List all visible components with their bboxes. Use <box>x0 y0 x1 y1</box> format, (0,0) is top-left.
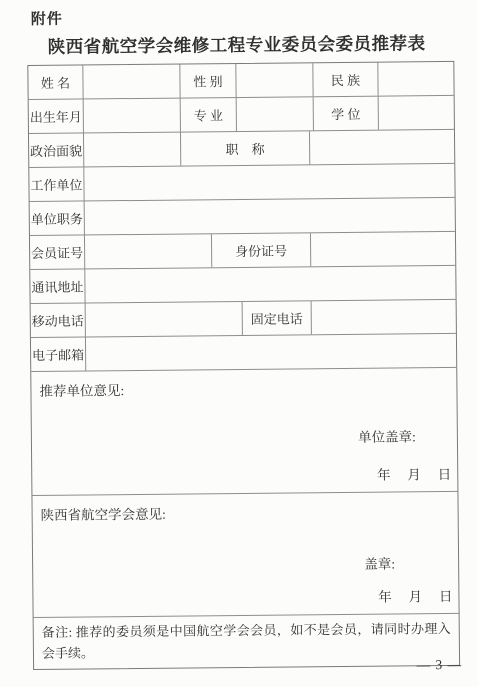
label-gender: 性 别 <box>180 64 236 98</box>
value-ethnicity <box>378 62 453 96</box>
label-birth-date: 出生年月 <box>29 99 84 133</box>
value-email <box>86 334 456 371</box>
page-number: — 3 — <box>417 657 463 673</box>
value-political-status <box>84 133 181 167</box>
value-name <box>83 65 180 99</box>
label-ethnicity: 民 族 <box>313 63 378 97</box>
value-mobile-phone <box>86 302 243 337</box>
recommender-opinion-title: 推荐单位意见: <box>39 379 124 400</box>
label-mailing-address: 通讯地址 <box>30 269 85 303</box>
label-name: 姓 名 <box>28 65 83 99</box>
label-email: 电子邮箱 <box>31 337 86 371</box>
page-title: 陕西省航空学会维修工程专业委员会委员推荐表 <box>23 30 450 59</box>
value-id-number <box>311 232 455 266</box>
table-row-work-unit: 工作单位 <box>29 164 454 202</box>
section-society-opinion: 陕西省航空学会意见: 盖章: 年 月 日 <box>32 492 458 618</box>
value-major <box>237 97 314 131</box>
label-fixed-phone: 固定电话 <box>243 301 312 335</box>
value-job-title <box>310 130 454 164</box>
value-mailing-address <box>85 266 455 303</box>
table-row-address: 通讯地址 <box>30 266 455 304</box>
remark-text: 备注: 推荐的委员须是中国航空学会会员，如不是会员，请同时办理入会手续。 <box>42 621 451 661</box>
unit-seal-label: 单位盖章: <box>358 425 416 446</box>
society-seal-label: 盖章: <box>364 553 395 573</box>
label-work-unit: 工作单位 <box>29 167 84 201</box>
label-degree: 学 位 <box>314 97 379 131</box>
label-job-title: 职 称 <box>181 131 310 165</box>
table-row-name: 姓 名 性 别 民 族 <box>28 62 453 100</box>
table-row-phones: 移动电话 固定电话 <box>31 300 456 338</box>
label-major: 专 业 <box>181 98 237 132</box>
label-mobile-phone: 移动电话 <box>31 303 86 337</box>
table-row-political: 政治面貌 职 称 <box>29 130 454 168</box>
label-political-status: 政治面貌 <box>29 133 84 167</box>
value-work-unit <box>84 164 454 201</box>
table-row-email: 电子邮箱 <box>31 334 456 372</box>
scanned-content: 附件 陕西省航空学会维修工程专业委员会委员推荐表 姓 名 性 别 民 族 出生年… <box>0 0 478 687</box>
value-degree <box>379 96 454 130</box>
value-birth-date <box>84 99 181 133</box>
society-opinion-title: 陕西省航空学会意见: <box>41 503 166 524</box>
section-recommender-opinion: 推荐单位意见: 单位盖章: 年 月 日 <box>31 368 457 496</box>
value-gender <box>236 63 313 97</box>
label-membership-number: 会员证号 <box>30 235 85 269</box>
label-id-number: 身份证号 <box>212 233 311 267</box>
recommender-date-line: 年 月 日 <box>377 463 451 484</box>
society-date-line: 年 月 日 <box>378 585 452 606</box>
value-fixed-phone <box>312 300 456 334</box>
recommendation-form-table: 姓 名 性 别 民 族 出生年月 专 业 学 位 政治面貌 职 称 <box>27 61 460 670</box>
label-unit-position: 单位职务 <box>30 201 85 235</box>
section-remark: 备注: 推荐的委员须是中国航空学会会员，如不是会员，请同时办理入会手续。 <box>34 614 459 669</box>
value-unit-position <box>85 198 455 235</box>
document-page: 附件 陕西省航空学会维修工程专业委员会委员推荐表 姓 名 性 别 民 族 出生年… <box>0 0 478 687</box>
table-row-member-id: 会员证号 身份证号 <box>30 232 455 270</box>
attachment-label: 附件 <box>31 8 63 29</box>
table-row-unit-position: 单位职务 <box>30 198 455 236</box>
value-membership-number <box>85 234 212 268</box>
table-row-birth: 出生年月 专 业 学 位 <box>29 96 454 134</box>
